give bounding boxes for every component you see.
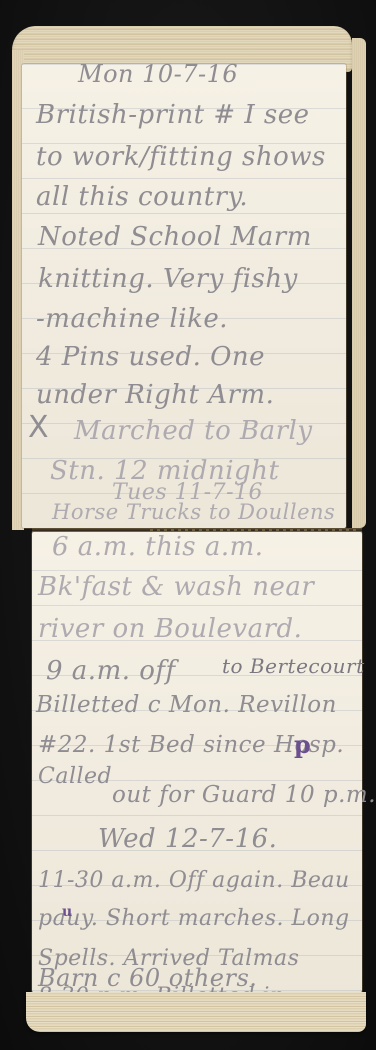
upper-page-text: Mon 10-7-16 British-print # I see to wor… (22, 64, 346, 528)
purple-pencil-mark: u (62, 904, 72, 920)
diary-line: Called (38, 764, 112, 789)
diary-date-heading: Mon 10-7-16 (78, 60, 238, 88)
notebook-upper-page: Mon 10-7-16 British-print # I see to wor… (22, 64, 346, 528)
diary-line: 6 a.m. this a.m. (52, 532, 264, 562)
diary-date-heading: Wed 12-7-16. (98, 824, 277, 854)
notebook-lower-page: 6 a.m. this a.m. Bk'fast & wash near riv… (32, 532, 362, 994)
page-stack-bottom-edge (26, 992, 366, 1032)
diary-line: knitting. Very fishy (38, 264, 298, 294)
diary-line: Barn c 60 others. (38, 964, 257, 992)
diary-line: river on Boulevard. (38, 614, 302, 644)
diary-line: -machine like. (36, 304, 228, 334)
diary-line: Bk'fast & wash near (38, 572, 314, 602)
diary-line: Billetted c Mon. Revillon (36, 692, 337, 718)
diary-line: all this country. (36, 182, 248, 212)
lower-page-text: 6 a.m. this a.m. Bk'fast & wash near riv… (32, 532, 362, 994)
margin-x-mark: X (28, 410, 49, 445)
diary-line: 4 Pins used. One (36, 342, 265, 372)
diary-line: to Bertecourt (222, 654, 365, 678)
diary-line: 11-30 a.m. Off again. Beau (38, 868, 350, 893)
diary-line: to work/fitting shows (36, 142, 326, 172)
diary-line: Marched to Barly (74, 416, 313, 446)
diary-line: Horse Trucks to Doullens (52, 500, 335, 524)
diary-line: out for Guard 10 p.m. (112, 782, 376, 808)
stitching-dots (150, 529, 360, 531)
diary-line: 9 a.m. off (46, 656, 176, 686)
diary-line: Noted School Marm (38, 222, 312, 252)
page-stack-right-edge (352, 38, 366, 528)
diary-line: British-print # I see (36, 100, 310, 130)
purple-pencil-mark: p (294, 730, 311, 759)
diary-line: pauy. Short marches. Long (38, 906, 350, 931)
diary-line: under Right Arm. (36, 380, 274, 410)
